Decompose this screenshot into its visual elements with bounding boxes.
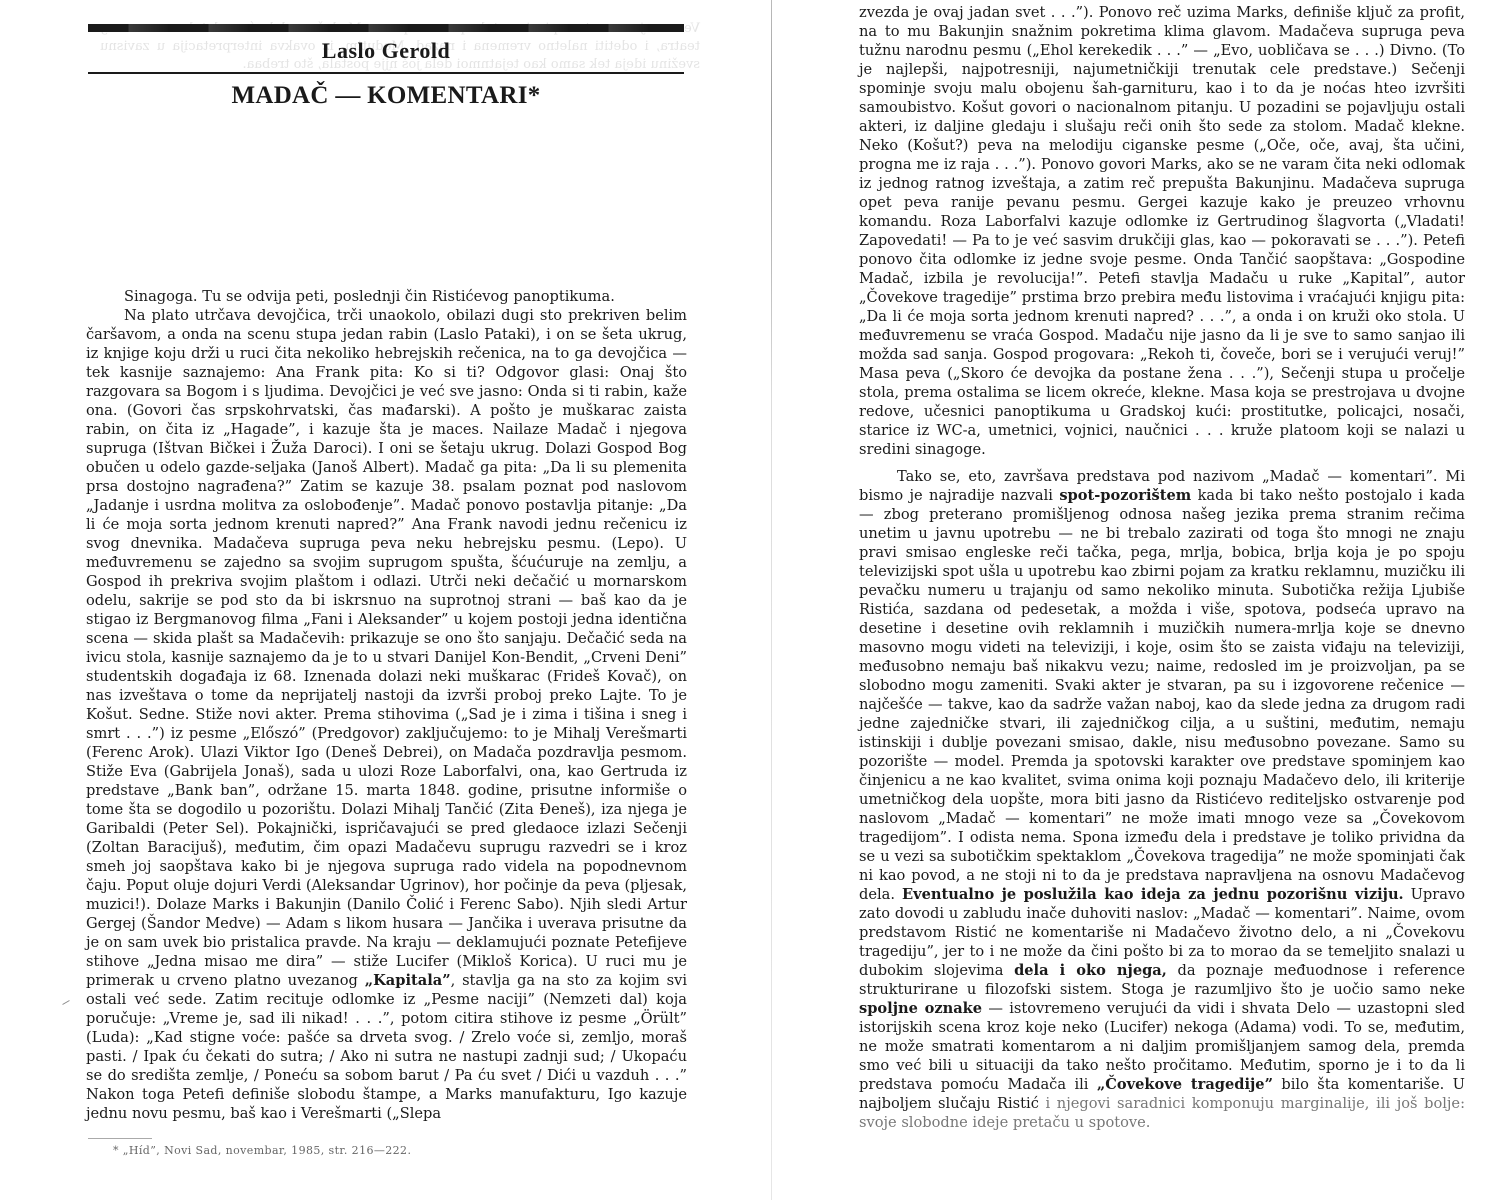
paragraph-opening: Sinagoga. Tu se odvija peti, poslednji č… bbox=[86, 287, 687, 306]
footnote: * „Híd”, Novi Sad, novembar, 1985, str. … bbox=[113, 1144, 411, 1157]
header-rule bbox=[88, 24, 684, 32]
eventualno-emphasis: Eventualno je poslužila kao ideja za jed… bbox=[902, 886, 1404, 903]
right-column: zvezda je ovaj jadan svet . . .”). Ponov… bbox=[859, 3, 1465, 1132]
paragraph-text: , stavlja ga na sto za kojim svi ostali … bbox=[86, 972, 687, 1122]
paragraph-conclusion: Tako se, eto, završava predstava pod naz… bbox=[859, 467, 1465, 1132]
left-page: Vecoma je nacosta rapisnio aotob spas na… bbox=[0, 0, 752, 1200]
author-rule bbox=[88, 72, 684, 74]
author-name: Laslo Gerold bbox=[88, 38, 684, 64]
margin-mark bbox=[62, 1000, 69, 1005]
paragraph-text: kada bi tako nešto postojalo i kada — zb… bbox=[859, 487, 1465, 903]
footnote-rule bbox=[88, 1138, 152, 1139]
spot-pozoristem-emphasis: spot-pozorištem bbox=[1059, 487, 1191, 504]
paragraph-continued: zvezda je ovaj jadan svet . . .”). Ponov… bbox=[859, 3, 1465, 459]
left-column: Sinagoga. Tu se odvija peti, poslednji č… bbox=[86, 287, 687, 1123]
dela-emphasis: dela i oko njega, bbox=[1014, 962, 1167, 979]
paragraph-main: Na plato utrčava devojčica, trči unaokol… bbox=[86, 306, 687, 1123]
spoljne-oznake-emphasis: spoljne oznake bbox=[859, 1000, 982, 1017]
article-title: MADAČ — KOMENTARI* bbox=[88, 82, 684, 110]
paragraph-text: Na plato utrčava devojčica, trči unaokol… bbox=[86, 307, 687, 989]
covekove-tragedije-emphasis: „Čovekove tragedije” bbox=[1097, 1076, 1273, 1093]
kapitala-emphasis: „Kapitala” bbox=[365, 972, 451, 989]
